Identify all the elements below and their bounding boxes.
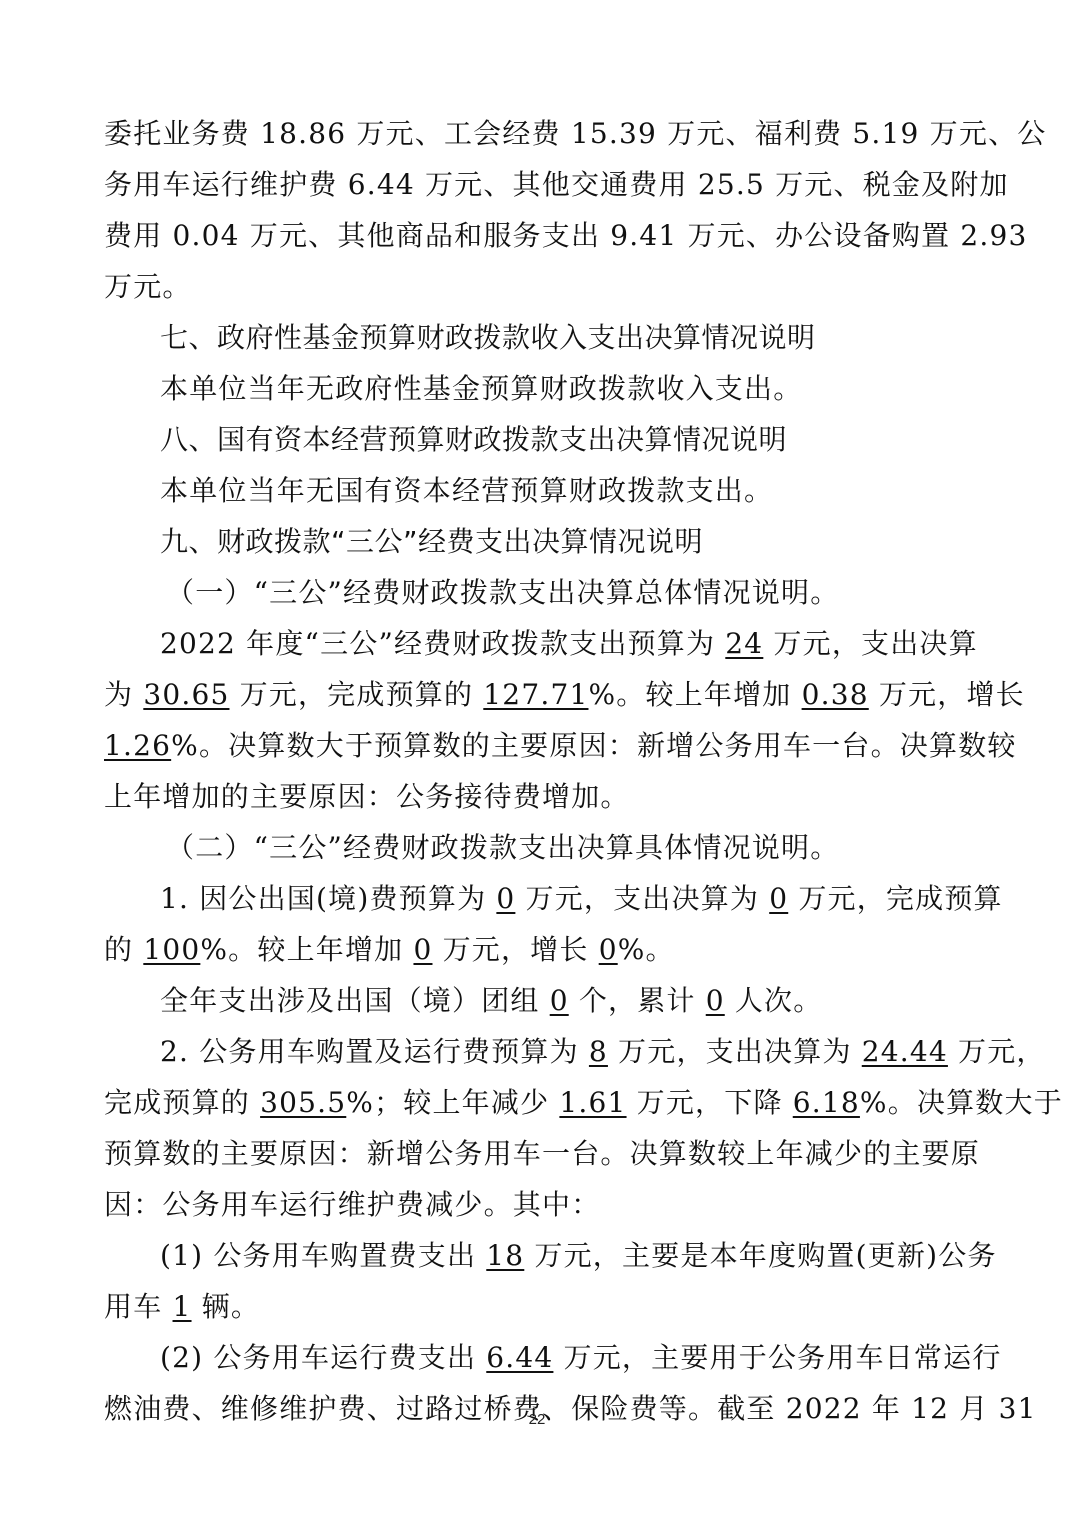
section-9-heading: 九、财政拨款“三公”经费支出决算情况说明 — [104, 516, 972, 567]
page-number: 22 — [0, 1411, 1074, 1428]
text: 2022 年度“三公”经费财政拨款支出预算为 — [160, 627, 725, 660]
paragraph-line: (1) 公务用车购置费支出 18 万元，主要是本年度购置(更新)公务 — [104, 1230, 972, 1281]
document-page: 委托业务费 18.86 万元、工会经费 15.39 万元、福利费 5.19 万元… — [104, 108, 972, 1434]
paragraph-line: 因：公务用车运行维护费减少。其中： — [104, 1179, 972, 1230]
text: 万元，主要用于公务用车日常运行 — [553, 1341, 1001, 1374]
actual-value: 30.65 — [143, 678, 229, 711]
text: 万元，支出决算 — [763, 627, 978, 660]
budget-value: 24 — [725, 627, 763, 660]
paragraph-line: 1.26%。决算数大于预算数的主要原因：新增公务用车一台。决算数较 — [104, 720, 972, 771]
paragraph-line: 预算数的主要原因：新增公务用车一台。决算数较上年减少的主要原 — [104, 1128, 972, 1179]
paragraph-line: 为 30.65 万元，完成预算的 127.71%。较上年增加 0.38 万元，增… — [104, 669, 972, 720]
decrease-value: 1.61 — [559, 1086, 626, 1119]
decline-value: 6.18 — [793, 1086, 860, 1119]
text: 为 — [104, 678, 143, 711]
budget-value: 0 — [496, 882, 515, 915]
groups-value: 0 — [550, 984, 569, 1017]
paragraph-line: 1. 因公出国(境)费预算为 0 万元，支出决算为 0 万元，完成预算 — [104, 873, 972, 924]
purchase-amount: 18 — [486, 1239, 524, 1272]
text: 用车 — [104, 1290, 173, 1323]
actual-value: 24.44 — [862, 1035, 948, 1068]
increase-value: 0.38 — [802, 678, 869, 711]
growth-value: 0 — [599, 933, 618, 966]
paragraph-line: 委托业务费 18.86 万元、工会经费 15.39 万元、福利费 5.19 万元… — [104, 108, 972, 159]
paragraph-line: 完成预算的 305.5%；较上年减少 1.61 万元，下降 6.18%。决算数大… — [104, 1077, 972, 1128]
growth-value: 1.26 — [104, 729, 171, 762]
text: %。较上年增加 — [200, 933, 413, 966]
text: %。决算数大于 — [860, 1086, 1063, 1119]
paragraph-line: 用车 1 辆。 — [104, 1281, 972, 1332]
persons-value: 0 — [706, 984, 725, 1017]
operation-amount: 6.44 — [486, 1341, 553, 1374]
completion-value: 305.5 — [260, 1086, 346, 1119]
paragraph-line: 上年增加的主要原因：公务接待费增加。 — [104, 771, 972, 822]
increase-value: 0 — [413, 933, 432, 966]
text: (2) 公务用车运行费支出 — [160, 1341, 486, 1374]
paragraph-line: 全年支出涉及出国（境）团组 0 个，累计 0 人次。 — [104, 975, 972, 1026]
text: 万元，支出决算为 — [515, 882, 769, 915]
budget-value: 8 — [589, 1035, 608, 1068]
subsection-2-heading: （二）“三公”经费财政拨款支出决算具体情况说明。 — [104, 822, 972, 873]
text: 万元， — [948, 1035, 1046, 1068]
completion-value: 100 — [143, 933, 200, 966]
actual-value: 0 — [769, 882, 788, 915]
text: 辆。 — [192, 1290, 261, 1323]
section-8-heading: 八、国有资本经营预算财政拨款支出决算情况说明 — [104, 414, 972, 465]
text: (1) 公务用车购置费支出 — [160, 1239, 486, 1272]
paragraph-line: 费用 0.04 万元、其他商品和服务支出 9.41 万元、办公设备购置 2.93 — [104, 210, 972, 261]
text: 人次。 — [725, 984, 823, 1017]
paragraph-line: 万元。 — [104, 261, 972, 312]
section-8-body: 本单位当年无国有资本经营预算财政拨款支出。 — [104, 465, 972, 516]
paragraph-line: 2. 公务用车购置及运行费预算为 8 万元，支出决算为 24.44 万元， — [104, 1026, 972, 1077]
subsection-1-heading: （一）“三公”经费财政拨款支出决算总体情况说明。 — [104, 567, 972, 618]
text: 万元，下降 — [627, 1086, 793, 1119]
text: %。决算数大于预算数的主要原因：新增公务用车一台。决算数较 — [171, 729, 1016, 762]
section-7-heading: 七、政府性基金预算财政拨款收入支出决算情况说明 — [104, 312, 972, 363]
text: %；较上年减少 — [346, 1086, 559, 1119]
completion-value: 127.71 — [483, 678, 588, 711]
paragraph-line: 务用车运行维护费 6.44 万元、其他交通费用 25.5 万元、税金及附加 — [104, 159, 972, 210]
text: 万元，增长 — [869, 678, 1025, 711]
text: 万元，支出决算为 — [608, 1035, 862, 1068]
paragraph-line: 的 100%。较上年增加 0 万元，增长 0%。 — [104, 924, 972, 975]
text: 全年支出涉及出国（境）团组 — [160, 984, 550, 1017]
paragraph-line: 2022 年度“三公”经费财政拨款支出预算为 24 万元，支出决算 — [104, 618, 972, 669]
section-7-body: 本单位当年无政府性基金预算财政拨款收入支出。 — [104, 363, 972, 414]
paragraph-line: (2) 公务用车运行费支出 6.44 万元，主要用于公务用车日常运行 — [104, 1332, 972, 1383]
vehicles-value: 1 — [173, 1290, 192, 1323]
text: 的 — [104, 933, 143, 966]
text: 万元，完成预算 — [788, 882, 1003, 915]
text: 完成预算的 — [104, 1086, 260, 1119]
text: %。较上年增加 — [588, 678, 801, 711]
text: 万元，完成预算的 — [229, 678, 483, 711]
text: 个，累计 — [569, 984, 706, 1017]
text: %。 — [618, 933, 675, 966]
text: 万元，主要是本年度购置(更新)公务 — [524, 1239, 996, 1272]
text: 1. 因公出国(境)费预算为 — [160, 882, 496, 915]
text: 2. 公务用车购置及运行费预算为 — [160, 1035, 589, 1068]
text: 万元，增长 — [432, 933, 598, 966]
